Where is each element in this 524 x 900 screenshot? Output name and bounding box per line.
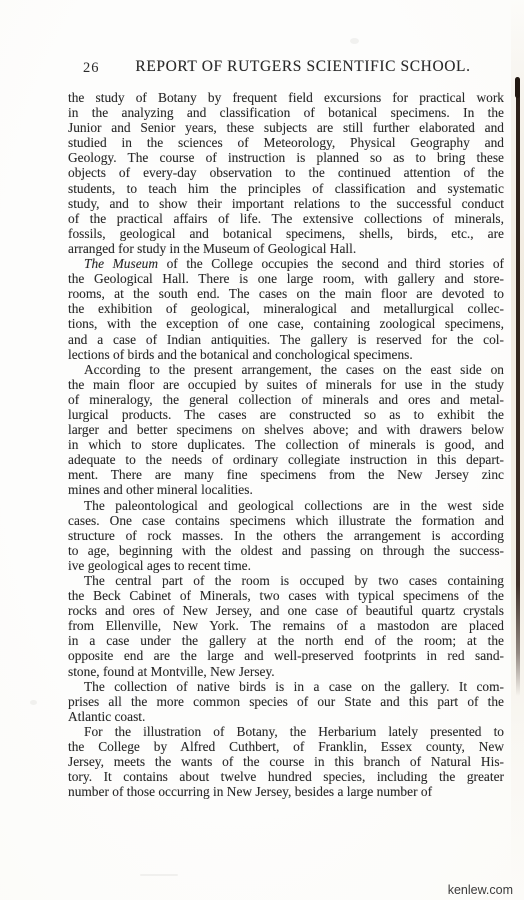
text-line: Jersey, meets the wants of the course in… <box>68 754 504 769</box>
text-line: lections of birds and the botanical and … <box>68 347 504 362</box>
book-gutter-shadow-top <box>515 77 521 98</box>
text-line: structure of rock masses. In the others … <box>68 528 504 543</box>
text-line: and a case of Indian antiquities. The ga… <box>68 332 504 347</box>
paragraph: The paleontological and geological colle… <box>68 498 504 573</box>
text-line: number of those occurring in New Jersey,… <box>68 784 504 799</box>
text-line: adequate to the needs of ordinary colleg… <box>68 452 504 467</box>
text-line: lurgical products. The cases are constru… <box>68 407 504 422</box>
running-head-title: REPORT OF RUTGERS SCIENTIFIC SCHOOL. <box>68 58 504 76</box>
text-line: from Ellenville, New York. The remains o… <box>68 618 504 633</box>
text-line: the Geological Hall. There is one large … <box>68 271 504 286</box>
text-line: arranged for study in the Museum of Geol… <box>68 241 504 256</box>
text-line: the College by Alfred Cuthbert, of Frank… <box>68 739 504 754</box>
text-line: the main floor are occupied by suites of… <box>68 377 504 392</box>
text-line: The paleontological and geological colle… <box>68 498 504 513</box>
text-line: For the illustration of Botany, the Herb… <box>68 724 504 739</box>
text-line: studied in the sciences of Meteorology, … <box>68 135 504 150</box>
paragraph: The collection of native birds is in a c… <box>68 679 504 724</box>
text-line: objects of every-day observation to the … <box>68 165 504 180</box>
text-line: tions, with the exception of one case, c… <box>68 316 504 331</box>
paragraph: For the illustration of Botany, the Herb… <box>68 724 504 799</box>
scan-speck <box>140 874 178 876</box>
paragraph: The Museum of the College occupies the s… <box>68 256 504 362</box>
page-header: 26 REPORT OF RUTGERS SCIENTIFIC SCHOOL. <box>68 58 504 78</box>
text-line: prises all the more common species of ou… <box>68 694 504 709</box>
text-line: students, to teach him the principles of… <box>68 181 504 196</box>
text-line: The Museum of the College occupies the s… <box>68 256 504 271</box>
text-line: The collection of native birds is in a c… <box>68 679 504 694</box>
paragraph: the study of Botany by frequent field ex… <box>68 90 504 256</box>
text-line: larger and better specimens on shelves a… <box>68 422 504 437</box>
text-line: ive geological ages to recent time. <box>68 558 504 573</box>
scan-speck <box>350 38 359 44</box>
text-line: study, and to show their important relat… <box>68 196 504 211</box>
text-line: the Beck Cabinet of Minerals, two cases … <box>68 588 504 603</box>
text-line: Junior and Senior years, these subjects … <box>68 120 504 135</box>
text-line: of mineralogy, the general collection of… <box>68 392 504 407</box>
text-line: the study of Botany by frequent field ex… <box>68 90 504 105</box>
text-line: opposite end are the large and well-pres… <box>68 648 504 663</box>
text-line: in which to store duplicates. The collec… <box>68 437 504 452</box>
text-line: ment. There are many fine specimens from… <box>68 467 504 482</box>
text-line: According to the present arrangement, th… <box>68 362 504 377</box>
scanned-page: 26 REPORT OF RUTGERS SCIENTIFIC SCHOOL. … <box>0 0 524 900</box>
text-line: stone, found at Montville, New Jersey. <box>68 664 504 679</box>
book-gutter-shadow <box>516 78 520 696</box>
text-line: to age, beginning with the oldest and pa… <box>68 543 504 558</box>
page-number: 26 <box>83 60 100 77</box>
text-line: mines and other mineral localities. <box>68 482 504 497</box>
text-line: of the practical affairs of life. The ex… <box>68 211 504 226</box>
text-line: Atlantic coast. <box>68 709 504 724</box>
paragraph: According to the present arrangement, th… <box>68 362 504 498</box>
text-line: rooms, at the south end. The cases on th… <box>68 286 504 301</box>
text-line: in the analyzing and classification of b… <box>68 105 504 120</box>
italic-lead: The Museum <box>84 256 158 271</box>
scan-speck <box>30 700 37 705</box>
watermark: kenlew.com <box>448 883 513 897</box>
text-line: rocks and ores of New Jersey, and one ca… <box>68 603 504 618</box>
text-line: in a case under the gallery at the north… <box>68 633 504 648</box>
text-line: fossils, geological and botanical specim… <box>68 226 504 241</box>
text-line: the exhibition of geological, mineralogi… <box>68 301 504 316</box>
text-line: cases. One case contains specimens which… <box>68 513 504 528</box>
paragraph: The central part of the room is occuped … <box>68 573 504 679</box>
text-line: Geology. The course of instruction is pl… <box>68 150 504 165</box>
text-line: The central part of the room is occuped … <box>68 573 504 588</box>
text-line: tory. It contains about twelve hundred s… <box>68 769 504 784</box>
body-text: the study of Botany by frequent field ex… <box>68 90 504 799</box>
